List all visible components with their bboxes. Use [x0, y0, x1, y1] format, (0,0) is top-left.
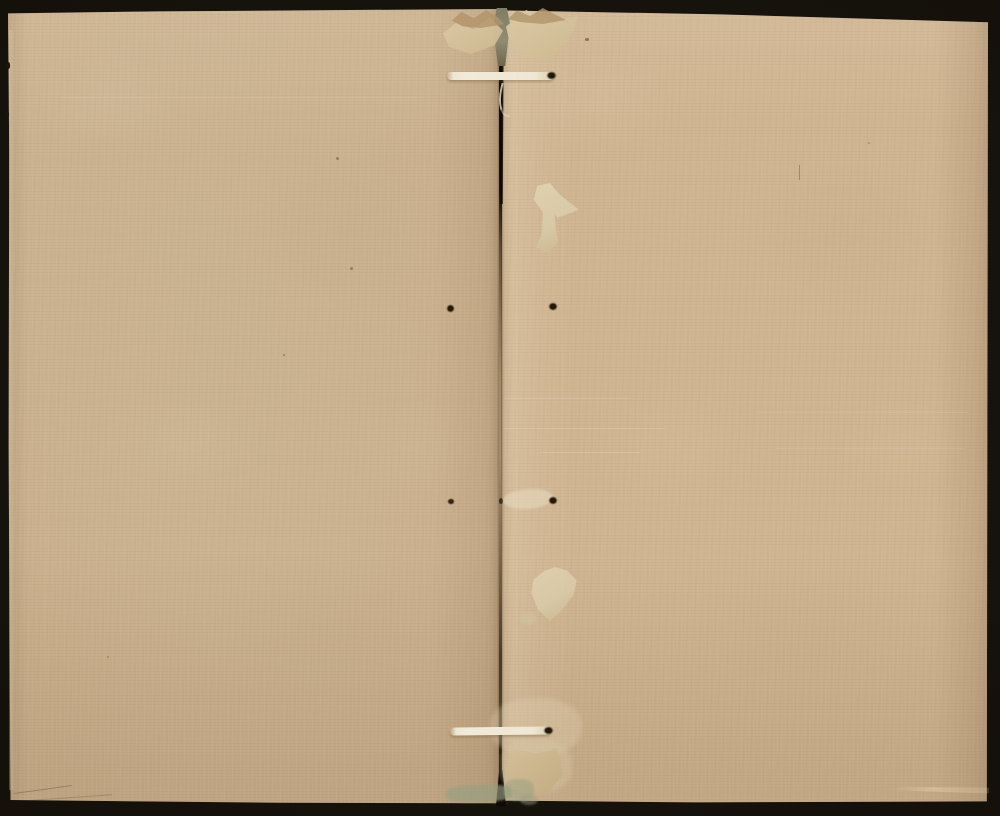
paper-speck — [868, 142, 870, 144]
paper-scratch — [799, 165, 800, 180]
stitch-thread-bottom — [450, 726, 551, 735]
paste-residue-tail — [519, 612, 537, 625]
green-stain — [520, 795, 538, 805]
paper-crease — [758, 412, 968, 414]
paper-speck — [585, 38, 589, 41]
stitch-hole — [546, 71, 557, 80]
paper-crease — [60, 97, 420, 99]
paper-crease — [540, 452, 640, 454]
paper-crease — [505, 398, 630, 400]
paper-speck — [336, 157, 339, 160]
stitch-hole — [548, 496, 558, 505]
paper-crease — [562, 90, 564, 670]
right-page — [501, 10, 989, 803]
paper-crease — [775, 448, 965, 450]
stitch-thread-top — [447, 72, 554, 80]
paper-speck — [350, 267, 353, 270]
stitch-hole — [446, 304, 455, 313]
stitch-hole — [447, 498, 455, 505]
paper-crease — [505, 428, 665, 430]
edge-nick — [6, 62, 10, 69]
stitch-hole — [548, 302, 558, 311]
paper-speck — [107, 656, 109, 658]
edge-nick — [6, 112, 9, 117]
book-scan — [0, 0, 1000, 816]
paper-crease — [45, 380, 47, 680]
stitch-hole — [543, 726, 554, 735]
paper-speck — [283, 354, 285, 356]
underlying-page-edge-left — [9, 30, 15, 790]
left-page — [8, 9, 501, 804]
paper-crease — [516, 70, 518, 710]
